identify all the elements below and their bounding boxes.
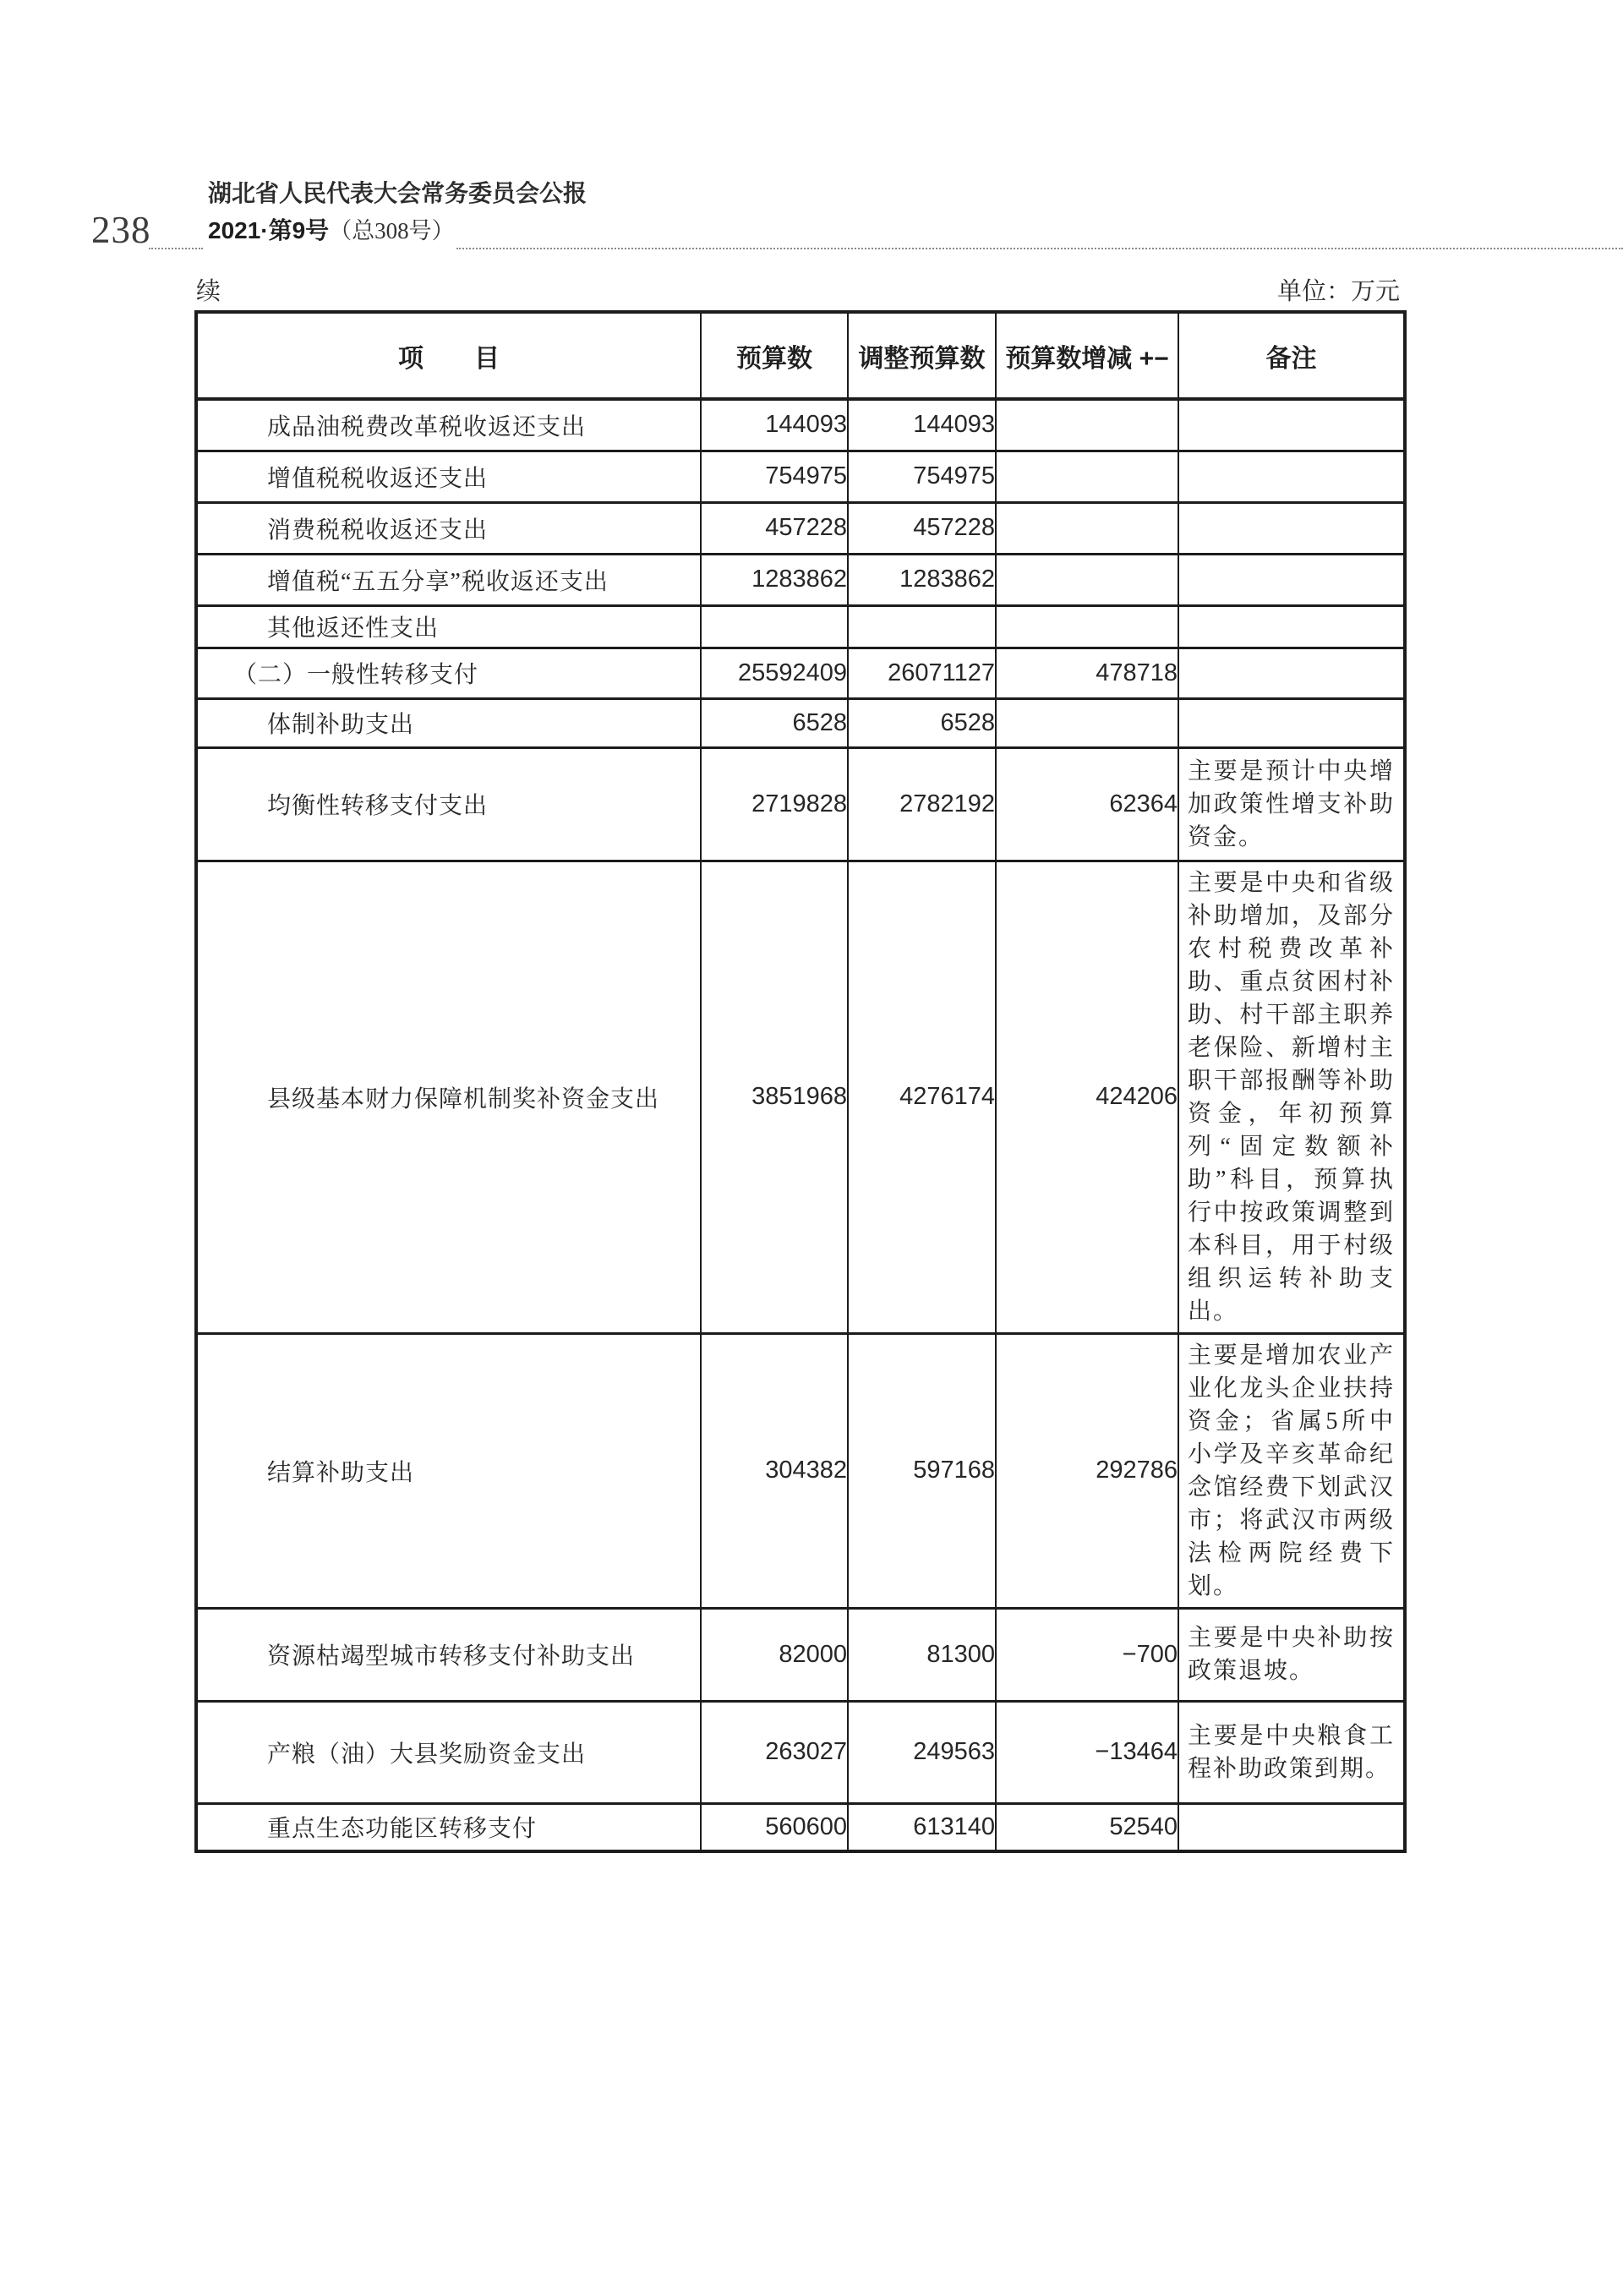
adjusted-budget-cell: 457228 [848, 502, 996, 554]
table-row: 成品油税费改革税收返还支出144093144093 [196, 399, 1405, 451]
item-cell: 重点生态功能区转移支付 [196, 1803, 701, 1851]
item-cell: 均衡性转移支付支出 [196, 747, 701, 861]
adjusted-budget-cell: 2782192 [848, 747, 996, 861]
adjusted-budget-cell: 81300 [848, 1608, 996, 1701]
change-cell [996, 554, 1178, 605]
budget-cell: 2719828 [701, 747, 848, 861]
budget-table-body: 成品油税费改革税收返还支出144093144093增值税税收返还支出754975… [196, 399, 1405, 1851]
adjusted-budget-cell: 6528 [848, 698, 996, 747]
header-note: 备注 [1178, 312, 1405, 399]
budget-cell: 82000 [701, 1608, 848, 1701]
item-cell: 增值税税收返还支出 [196, 451, 701, 502]
budget-cell: 3851968 [701, 861, 848, 1333]
note-cell [1178, 399, 1405, 451]
note-cell [1178, 451, 1405, 502]
table-row: 重点生态功能区转移支付56060061314052540 [196, 1803, 1405, 1851]
change-cell [996, 698, 1178, 747]
budget-cell: 1283862 [701, 554, 848, 605]
note-cell: 主要是中央和省级补助增加，及部分农村税费改革补助、重点贫困村补助、村干部主职养老… [1178, 861, 1405, 1333]
note-text: 主要是预计中央增加政策性增支补助资金。 [1179, 751, 1403, 858]
adjusted-budget-cell: 613140 [848, 1803, 996, 1851]
table-row: 消费税税收返还支出457228457228 [196, 502, 1405, 554]
item-cell: 消费税税收返还支出 [196, 502, 701, 554]
item-cell: 资源枯竭型城市转移支付补助支出 [196, 1608, 701, 1701]
item-cell: 其他返还性支出 [196, 605, 701, 648]
adjusted-budget-cell: 26071127 [848, 648, 996, 698]
adjusted-budget-cell: 754975 [848, 451, 996, 502]
budget-cell: 6528 [701, 698, 848, 747]
change-cell: −700 [996, 1608, 1178, 1701]
budget-cell: 144093 [701, 399, 848, 451]
table-row: 其他返还性支出 [196, 605, 1405, 648]
continued-label: 续 [196, 272, 221, 307]
note-cell [1178, 502, 1405, 554]
note-text: 主要是中央补助按政策退坡。 [1179, 1617, 1403, 1692]
note-cell [1178, 605, 1405, 648]
journal-title: 湖北省人民代表大会常务委员会公报 [208, 179, 587, 208]
note-cell: 主要是中央补助按政策退坡。 [1178, 1608, 1405, 1701]
header-item: 项 目 [196, 312, 701, 399]
note-cell: 主要是中央粮食工程补助政策到期。 [1178, 1701, 1405, 1803]
header-budget: 预算数 [701, 312, 848, 399]
table-row: 增值税税收返还支出754975754975 [196, 451, 1405, 502]
change-cell [996, 502, 1178, 554]
budget-cell: 304382 [701, 1333, 848, 1608]
change-cell: 478718 [996, 648, 1178, 698]
budget-cell: 560600 [701, 1803, 848, 1851]
adjusted-budget-cell: 597168 [848, 1333, 996, 1608]
item-cell: 结算补助支出 [196, 1333, 701, 1608]
header-row: 项 目 预算数 调整预算数 预算数增减 +− 备注 [196, 312, 1405, 399]
note-cell: 主要是预计中央增加政策性增支补助资金。 [1178, 747, 1405, 861]
item-cell: 县级基本财力保障机制奖补资金支出 [196, 861, 701, 1333]
change-cell [996, 399, 1178, 451]
dotted-leader-right [456, 248, 1623, 249]
note-text: 主要是增加农业产业化龙头企业扶持资金；省属5所中小学及辛亥革命纪念馆经费下划武汉… [1179, 1335, 1403, 1607]
table-row: 县级基本财力保障机制奖补资金支出38519684276174424206主要是中… [196, 861, 1405, 1333]
table-row: 增值税“五五分享”税收返还支出12838621283862 [196, 554, 1405, 605]
change-cell [996, 605, 1178, 648]
change-cell: 424206 [996, 861, 1178, 1333]
table-row: 产粮（油）大县奖励资金支出263027249563−13464主要是中央粮食工程… [196, 1701, 1405, 1803]
budget-cell: 457228 [701, 502, 848, 554]
item-cell: 产粮（油）大县奖励资金支出 [196, 1701, 701, 1803]
budget-cell [701, 605, 848, 648]
adjusted-budget-cell: 249563 [848, 1701, 996, 1803]
budget-cell: 25592409 [701, 648, 848, 698]
item-cell: 增值税“五五分享”税收返还支出 [196, 554, 701, 605]
note-cell [1178, 648, 1405, 698]
page-number: 238 [91, 208, 151, 252]
budget-cell: 754975 [701, 451, 848, 502]
bulletin-page: 238 湖北省人民代表大会常务委员会公报 2021·第9号（总308号） 续 单… [0, 0, 1623, 2296]
adjusted-budget-cell [848, 605, 996, 648]
journal-issue-total: （总308号） [329, 218, 455, 243]
budget-cell: 263027 [701, 1701, 848, 1803]
adjusted-budget-cell: 4276174 [848, 861, 996, 1333]
note-cell: 主要是增加农业产业化龙头企业扶持资金；省属5所中小学及辛亥革命纪念馆经费下划武汉… [1178, 1333, 1405, 1608]
table-row: 资源枯竭型城市转移支付补助支出8200081300−700主要是中央补助按政策退… [196, 1608, 1405, 1701]
table-row: （二）一般性转移支付2559240926071127478718 [196, 648, 1405, 698]
table-row: 体制补助支出65286528 [196, 698, 1405, 747]
journal-title-block: 湖北省人民代表大会常务委员会公报 2021·第9号（总308号） [208, 179, 587, 249]
change-cell: −13464 [996, 1701, 1178, 1803]
note-cell [1178, 554, 1405, 605]
item-cell: （二）一般性转移支付 [196, 648, 701, 698]
note-text: 主要是中央和省级补助增加，及部分农村税费改革补助、重点贫困村补助、村干部主职养老… [1179, 862, 1403, 1332]
budget-table: 项 目 预算数 调整预算数 预算数增减 +− 备注 成品油税费改革税收返还支出1… [194, 310, 1407, 1853]
header-adjusted-budget: 调整预算数 [848, 312, 996, 399]
journal-issue-number: 2021·第9号 [208, 217, 329, 243]
change-cell: 52540 [996, 1803, 1178, 1851]
note-text: 主要是中央粮食工程补助政策到期。 [1179, 1715, 1403, 1790]
table-row: 结算补助支出304382597168292786主要是增加农业产业化龙头企业扶持… [196, 1333, 1405, 1608]
table-row: 均衡性转移支付支出2719828278219262364主要是预计中央增加政策性… [196, 747, 1405, 861]
header-change: 预算数增减 +− [996, 312, 1178, 399]
unit-label: 单位：万元 [1277, 272, 1400, 307]
note-cell [1178, 1803, 1405, 1851]
journal-issue: 2021·第9号（总308号） [208, 216, 587, 249]
dotted-leader-left [149, 248, 203, 249]
change-cell: 292786 [996, 1333, 1178, 1608]
change-cell: 62364 [996, 747, 1178, 861]
budget-table-header: 项 目 预算数 调整预算数 预算数增减 +− 备注 [196, 312, 1405, 399]
item-cell: 体制补助支出 [196, 698, 701, 747]
note-cell [1178, 698, 1405, 747]
change-cell [996, 451, 1178, 502]
adjusted-budget-cell: 144093 [848, 399, 996, 451]
adjusted-budget-cell: 1283862 [848, 554, 996, 605]
item-cell: 成品油税费改革税收返还支出 [196, 399, 701, 451]
table-meta-line: 续 单位：万元 [196, 272, 1400, 307]
